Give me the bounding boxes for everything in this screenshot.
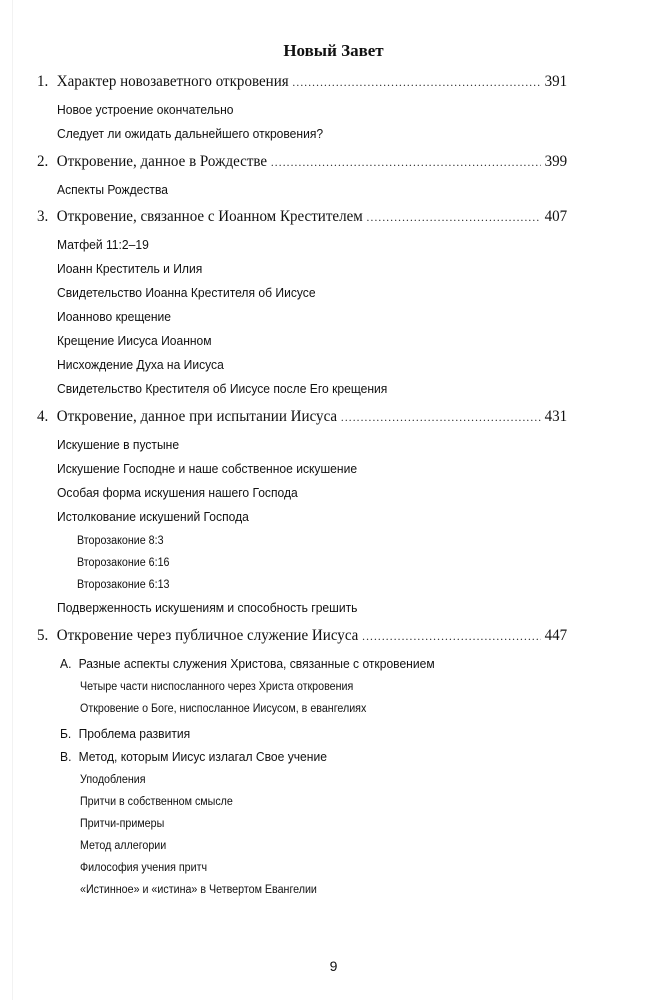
toc-subitem[interactable]: Нисхождение Духа на Иисуса [57,357,224,372]
toc-subsubitem[interactable]: Откровение о Боге, ниспосланное Иисусом,… [80,703,366,715]
chapter-title: Откровение через публичное служение Иису… [57,627,359,645]
toc-subsubitem[interactable]: Четыре части ниспосланного через Христа … [80,681,353,693]
page-edge [12,0,13,1000]
toc-subsubitem[interactable]: «Истинное» и «истина» в Четвертом Еванге… [80,884,317,896]
toc-subsubitem[interactable]: Притчи в собственном смысле [80,796,233,808]
toc-chapter-1[interactable]: 1. Характер новозаветного откровения ...… [37,73,567,91]
toc-subitem[interactable]: Крещение Иисуса Иоанном [57,333,212,348]
toc-section-b[interactable]: Б. Проблема развития [60,726,190,741]
toc-subitem[interactable]: Свидетельство Крестителя об Иисусе после… [57,381,387,396]
page-number: 9 [0,958,667,974]
chapter-page: 399 [545,153,568,171]
chapter-number: 2. [37,153,57,171]
chapter-title: Откровение, данное при испытании Иисуса [57,408,337,426]
toc-subsubitem[interactable]: Философия учения притч [80,862,207,874]
section-title: Метод, которым Иисус излагал Свое учение [79,749,327,764]
toc-section-a[interactable]: А. Разные аспекты служения Христова, свя… [60,656,435,671]
leader-dots: ........................................… [341,411,541,423]
chapter-title: Откровение, связанное с Иоанном Крестите… [57,208,363,226]
leader-dots: ........................................… [292,76,540,88]
chapter-page: 407 [545,208,568,226]
toc-subsubitem[interactable]: Второзаконие 8:3 [77,535,164,547]
toc-subitem[interactable]: Свидетельство Иоанна Крестителя об Иисус… [57,285,316,300]
toc-subitem[interactable]: Подверженность искушениям и способность … [57,600,357,615]
toc-subsubitem[interactable]: Уподобления [80,774,146,786]
toc-subitem[interactable]: Новое устроение окончательно [57,102,234,117]
toc-chapter-4[interactable]: 4. Откровение, данное при испытании Иису… [37,408,567,426]
toc-subitem[interactable]: Следует ли ожидать дальнейшего откровени… [57,126,323,141]
toc-subsubitem[interactable]: Метод аллегории [80,840,166,852]
section-letter: Б. [60,726,79,741]
toc-subitem[interactable]: Искушение Господне и наше собственное ис… [57,461,357,476]
chapter-page: 431 [545,408,568,426]
toc-chapter-2[interactable]: 2. Откровение, данное в Рождестве ......… [37,153,567,171]
chapter-number: 1. [37,73,57,91]
chapter-page: 391 [545,73,568,91]
chapter-number: 3. [37,208,57,226]
toc-subsubitem[interactable]: Притчи-примеры [80,818,164,830]
section-title: Разные аспекты служения Христова, связан… [79,656,435,671]
chapter-title: Откровение, данное в Рождестве [57,153,267,171]
toc-chapter-3[interactable]: 3. Откровение, связанное с Иоанном Крест… [37,208,567,226]
leader-dots: ........................................… [367,211,541,223]
toc-subitem[interactable]: Искушение в пустыне [57,437,179,452]
section-letter: А. [60,656,79,671]
leader-dots: ........................................… [271,156,541,168]
toc-subitem[interactable]: Истолкование искушений Господа [57,509,249,524]
chapter-page: 447 [545,627,568,645]
toc-subitem[interactable]: Иоанново крещение [57,309,171,324]
section-title: Новый Завет [0,41,667,61]
section-title: Проблема развития [79,726,191,741]
toc-subitem[interactable]: Матфей 11:2–19 [57,237,149,252]
toc-section-c[interactable]: В. Метод, которым Иисус излагал Свое уче… [60,749,327,764]
chapter-number: 4. [37,408,57,426]
leader-dots: ........................................… [362,630,541,642]
chapter-title: Характер новозаветного откровения [57,73,289,91]
toc-subsubitem[interactable]: Второзаконие 6:13 [77,579,170,591]
section-letter: В. [60,749,79,764]
toc-subitem[interactable]: Аспекты Рождества [57,182,168,197]
toc-subitem[interactable]: Особая форма искушения нашего Господа [57,485,298,500]
toc-subsubitem[interactable]: Второзаконие 6:16 [77,557,170,569]
toc-chapter-5[interactable]: 5. Откровение через публичное служение И… [37,627,567,645]
chapter-number: 5. [37,627,57,645]
toc-subitem[interactable]: Иоанн Креститель и Илия [57,261,202,276]
